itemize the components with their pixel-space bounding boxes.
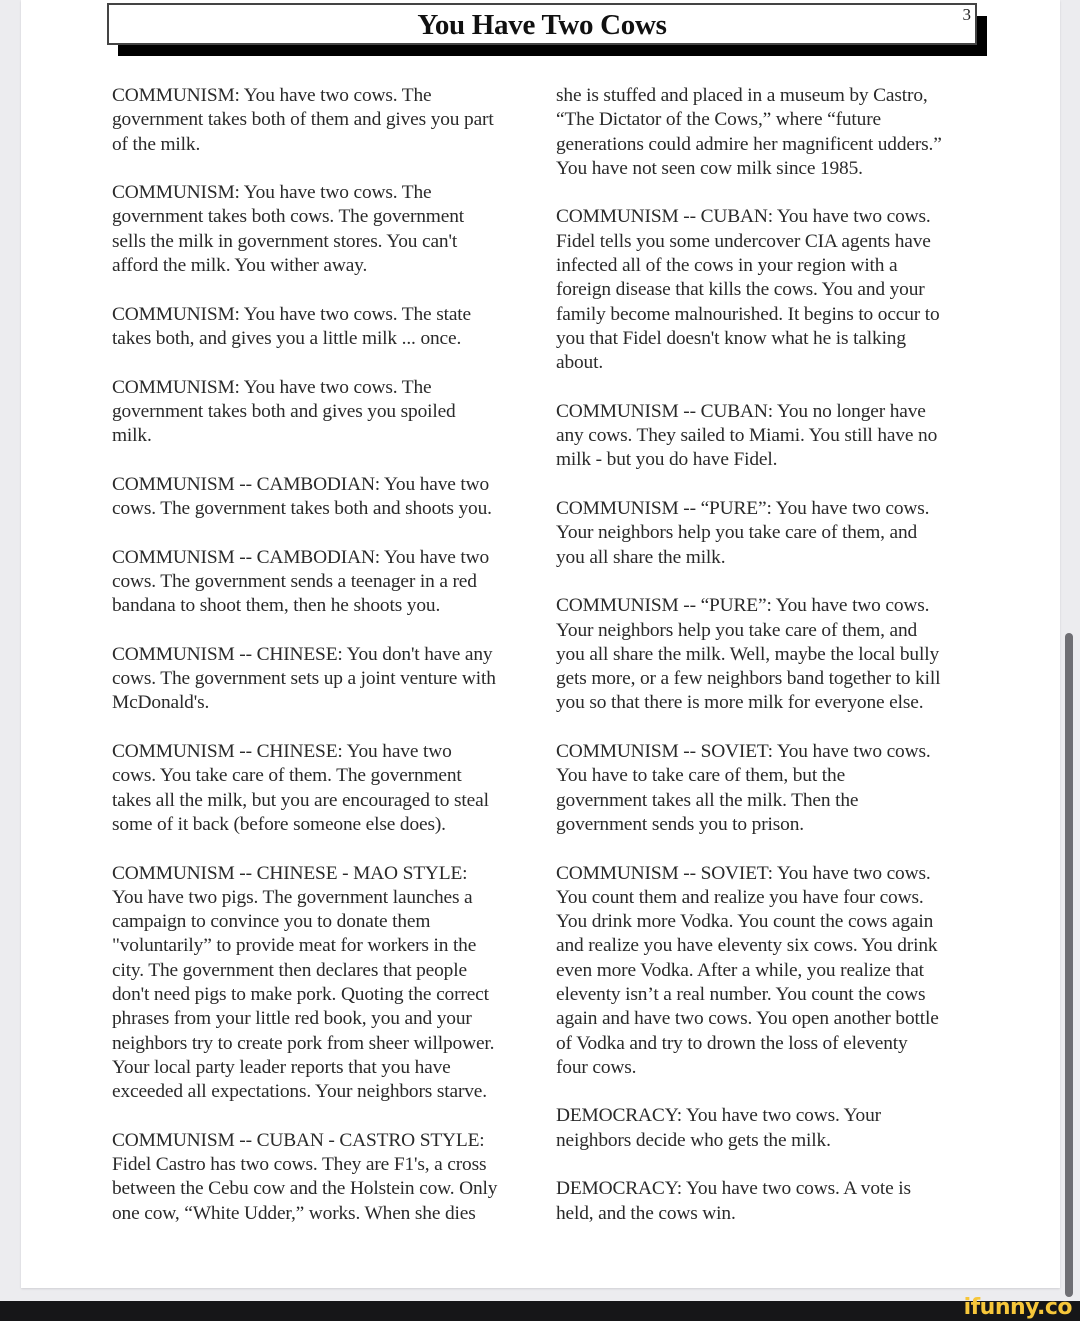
right-column: she is stuffed and placed in a museum by… [556,84,981,1250]
paragraph: COMMUNISM -- SOVIET: You have two cows. … [556,862,981,1081]
paragraph: COMMUNISM -- SOVIET: You have two cows. … [556,740,981,837]
footer-bar: ifunny.co [0,1301,1080,1321]
paragraph: COMMUNISM -- CUBAN - CASTRO STYLE: Fidel… [112,1129,537,1226]
title-box: You Have Two Cows 3 [107,3,977,45]
page-number: 3 [963,5,972,25]
paragraph: COMMUNISM -- CUBAN: You have two cows. F… [556,205,981,375]
paragraph: COMMUNISM: You have two cows. The govern… [112,84,537,157]
paragraph: COMMUNISM -- CHINESE: You don't have any… [112,643,537,716]
watermark-text: ifunny.co [964,1295,1072,1320]
paragraph: COMMUNISM: You have two cows. The govern… [112,181,537,278]
paragraph: COMMUNISM -- CUBAN: You no longer have a… [556,400,981,473]
paragraph: COMMUNISM -- “PURE”: You have two cows. … [556,497,981,570]
paragraph: COMMUNISM -- CAMBODIAN: You have two cow… [112,546,537,619]
vertical-scrollbar[interactable] [1065,633,1073,1297]
paragraph: COMMUNISM -- “PURE”: You have two cows. … [556,594,981,715]
paragraph: COMMUNISM: You have two cows. The govern… [112,376,537,449]
paragraph: she is stuffed and placed in a museum by… [556,84,981,181]
paragraph: COMMUNISM -- CHINESE - MAO STYLE: You ha… [112,862,537,1105]
paragraph: COMMUNISM -- CHINESE: You have two cows.… [112,740,537,837]
watermark-logo: ifunny.co [964,1295,1072,1321]
page-title: You Have Two Cows [417,9,666,41]
paragraph: COMMUNISM: You have two cows. The state … [112,303,537,352]
paragraph: DEMOCRACY: You have two cows. Your neigh… [556,1104,981,1153]
paragraph: COMMUNISM -- CAMBODIAN: You have two cow… [112,473,537,522]
left-column: COMMUNISM: You have two cows. The govern… [112,84,537,1250]
paragraph: DEMOCRACY: You have two cows. A vote is … [556,1177,981,1226]
